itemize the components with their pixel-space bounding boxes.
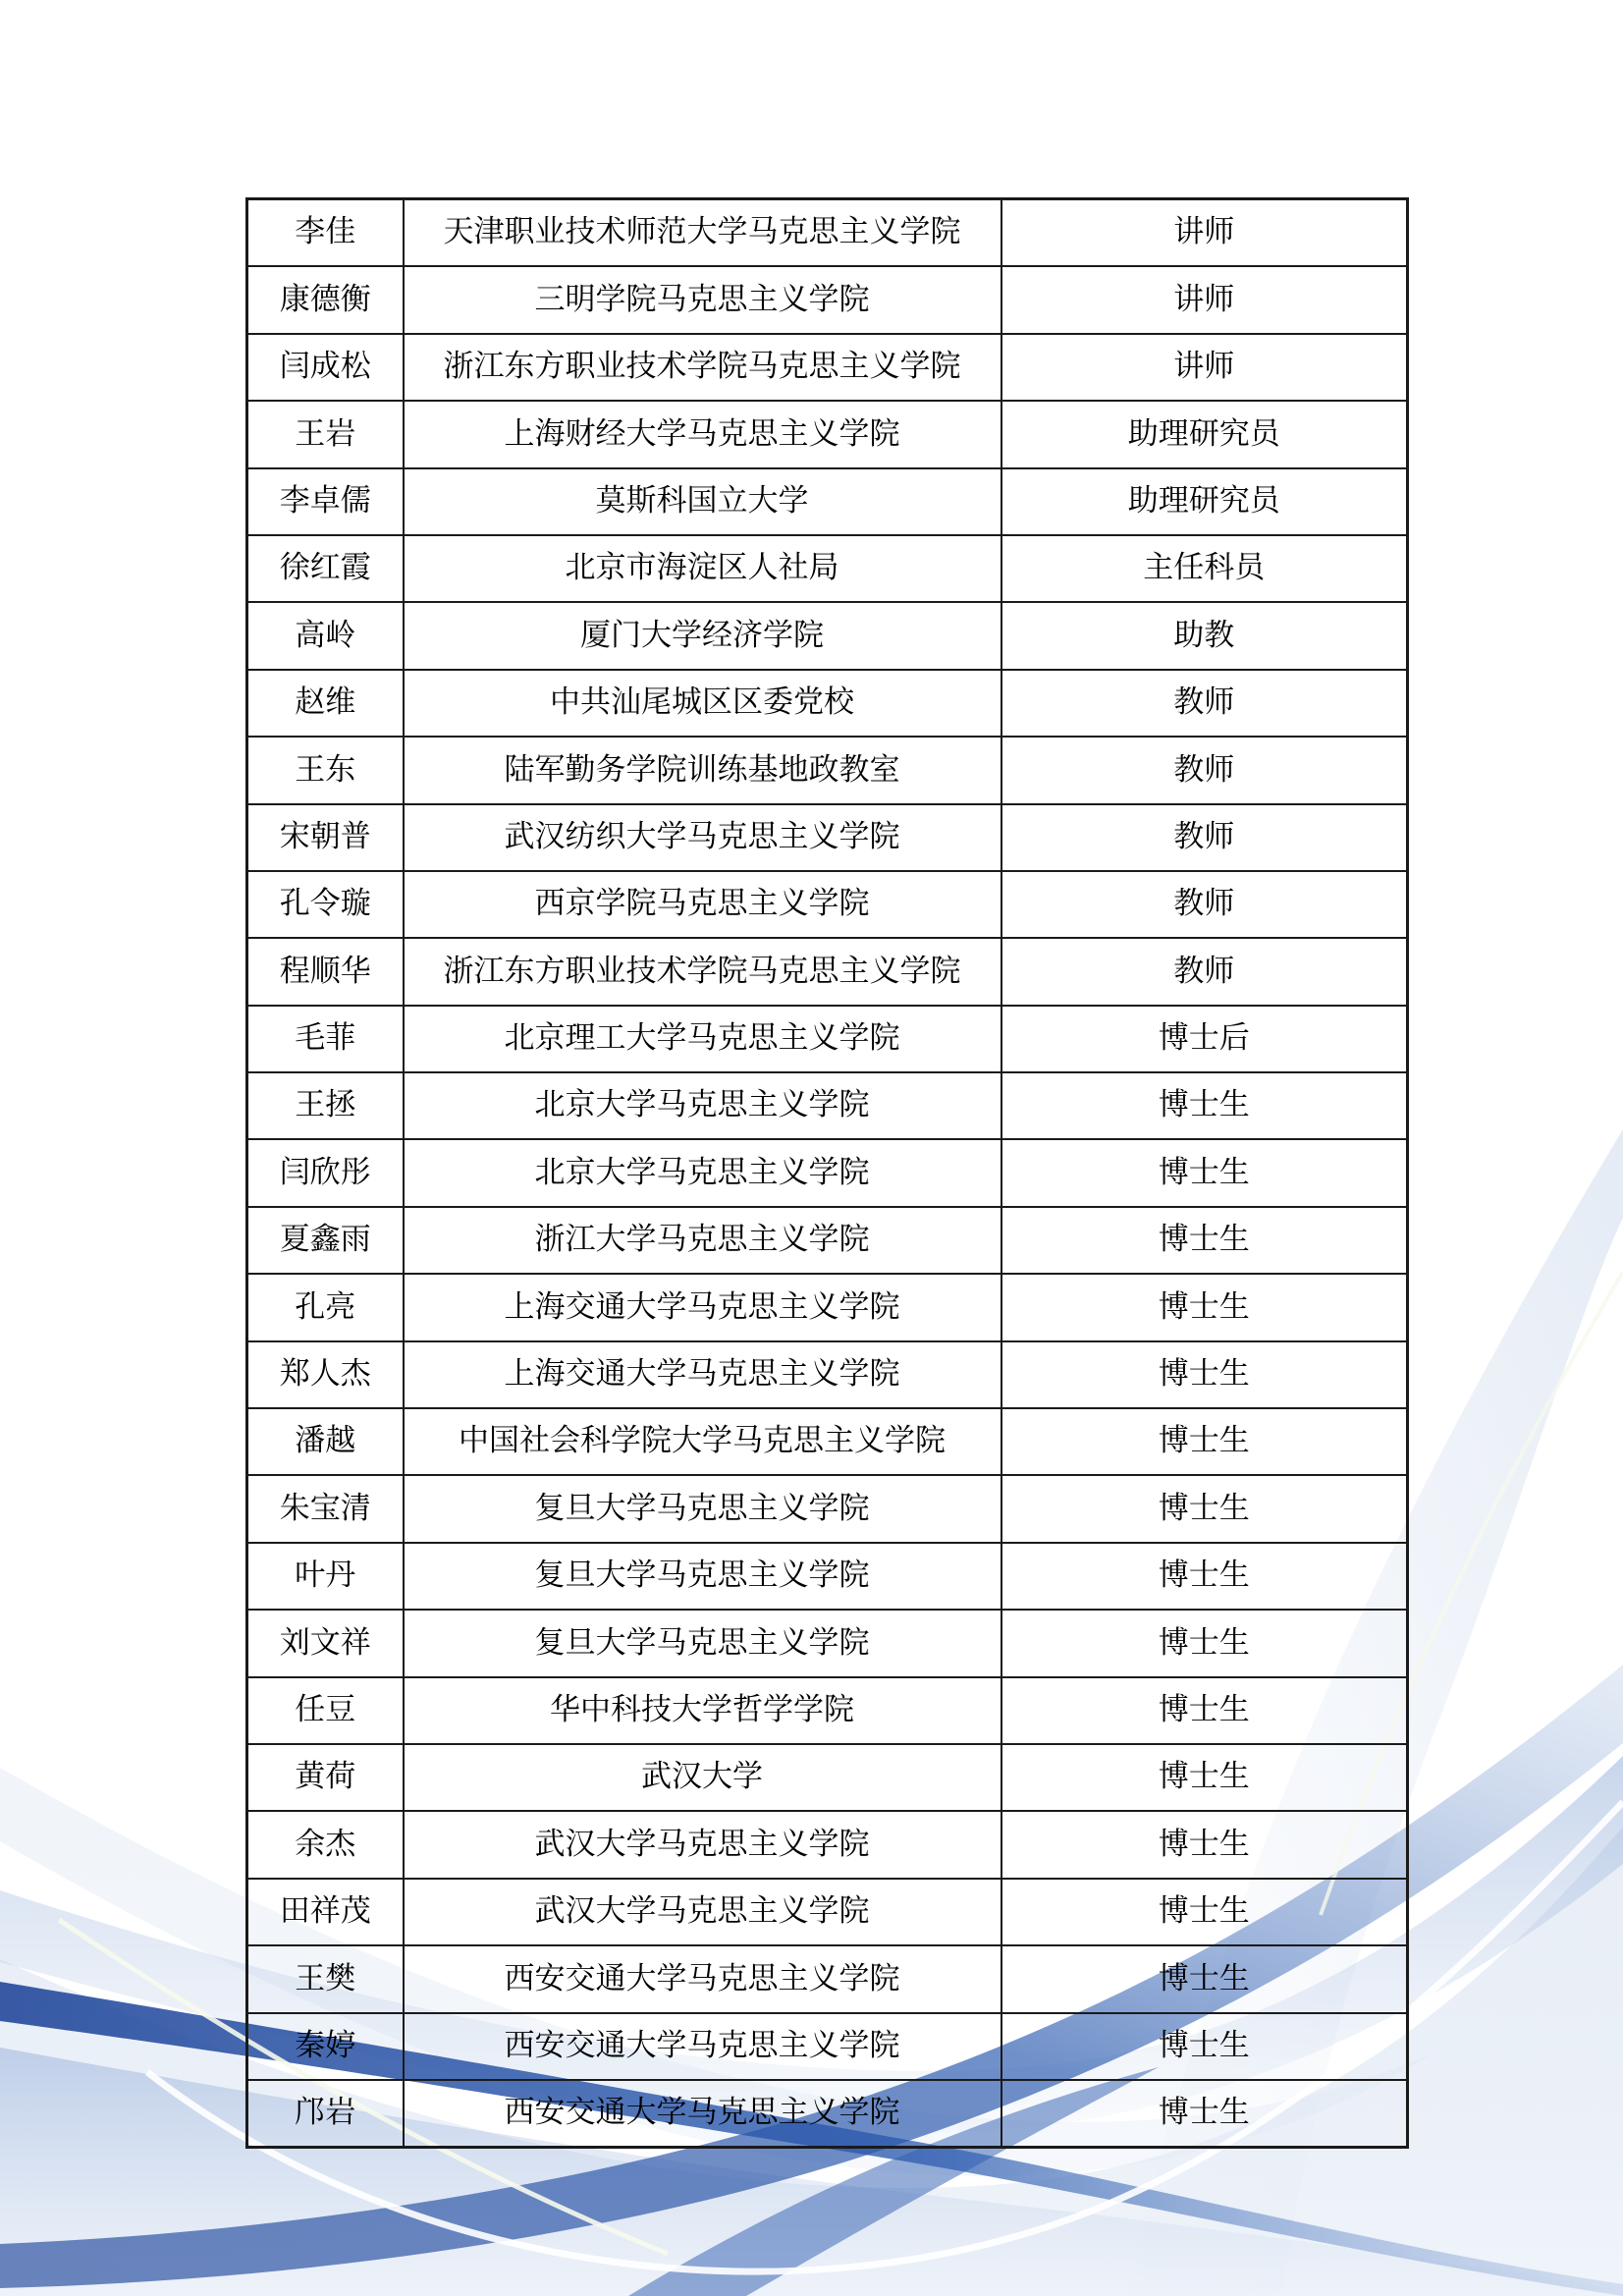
cell-name: 田祥茂	[247, 1879, 404, 1945]
table-row: 高岭厦门大学经济学院助教	[247, 602, 1408, 669]
cell-name: 宋朝普	[247, 804, 404, 871]
table-row: 李佳天津职业技术师范大学马克思主义学院讲师	[247, 199, 1408, 267]
table-row: 闫欣彤北京大学马克思主义学院博士生	[247, 1139, 1408, 1206]
cell-institution: 武汉大学	[404, 1744, 1001, 1811]
table-row: 毛菲北京理工大学马克思主义学院博士后	[247, 1006, 1408, 1072]
cell-institution: 复旦大学马克思主义学院	[404, 1475, 1001, 1542]
table-row: 徐红霞北京市海淀区人社局主任科员	[247, 535, 1408, 602]
cell-institution: 三明学院马克思主义学院	[404, 266, 1001, 333]
table-row: 王岩上海财经大学马克思主义学院助理研究员	[247, 401, 1408, 467]
cell-title: 助教	[1001, 602, 1408, 669]
table-row: 秦婷西安交通大学马克思主义学院博士生	[247, 2013, 1408, 2080]
cell-title: 博士生	[1001, 1139, 1408, 1206]
cell-institution: 中共汕尾城区区委党校	[404, 670, 1001, 737]
cell-name: 高岭	[247, 602, 404, 669]
cell-institution: 莫斯科国立大学	[404, 468, 1001, 535]
table-row: 闫成松浙江东方职业技术学院马克思主义学院讲师	[247, 334, 1408, 401]
table-row: 王东陆军勤务学院训练基地政教室教师	[247, 737, 1408, 803]
cell-title: 博士生	[1001, 1543, 1408, 1610]
cell-name: 孔亮	[247, 1274, 404, 1340]
cell-institution: 北京理工大学马克思主义学院	[404, 1006, 1001, 1072]
table-row: 朱宝清复旦大学马克思主义学院博士生	[247, 1475, 1408, 1542]
cell-title: 博士生	[1001, 1072, 1408, 1139]
cell-institution: 上海交通大学马克思主义学院	[404, 1274, 1001, 1340]
cell-title: 助理研究员	[1001, 468, 1408, 535]
cell-institution: 浙江东方职业技术学院马克思主义学院	[404, 334, 1001, 401]
cell-title: 博士后	[1001, 1006, 1408, 1072]
cell-name: 刘文祥	[247, 1610, 404, 1676]
cell-title: 教师	[1001, 670, 1408, 737]
cell-title: 教师	[1001, 871, 1408, 938]
cell-title: 博士生	[1001, 1408, 1408, 1475]
cell-title: 博士生	[1001, 2080, 1408, 2148]
cell-institution: 西安交通大学马克思主义学院	[404, 2013, 1001, 2080]
cell-title: 博士生	[1001, 1744, 1408, 1811]
table-row: 叶丹复旦大学马克思主义学院博士生	[247, 1543, 1408, 1610]
cell-name: 潘越	[247, 1408, 404, 1475]
cell-institution: 西安交通大学马克思主义学院	[404, 1945, 1001, 2012]
cell-name: 康德衡	[247, 266, 404, 333]
cell-name: 郑人杰	[247, 1341, 404, 1408]
cell-name: 王拯	[247, 1072, 404, 1139]
document-page: 李佳天津职业技术师范大学马克思主义学院讲师康德衡三明学院马克思主义学院讲师闫成松…	[0, 0, 1623, 2296]
table-row: 李卓儒莫斯科国立大学助理研究员	[247, 468, 1408, 535]
cell-institution: 北京大学马克思主义学院	[404, 1072, 1001, 1139]
cell-title: 教师	[1001, 938, 1408, 1005]
table-row: 孔亮上海交通大学马克思主义学院博士生	[247, 1274, 1408, 1340]
cell-name: 王樊	[247, 1945, 404, 2012]
table-row: 黄荷武汉大学博士生	[247, 1744, 1408, 1811]
cell-name: 孔令璇	[247, 871, 404, 938]
cell-institution: 北京大学马克思主义学院	[404, 1139, 1001, 1206]
cell-institution: 复旦大学马克思主义学院	[404, 1610, 1001, 1676]
cell-institution: 华中科技大学哲学学院	[404, 1677, 1001, 1744]
cell-institution: 北京市海淀区人社局	[404, 535, 1001, 602]
participants-table: 李佳天津职业技术师范大学马克思主义学院讲师康德衡三明学院马克思主义学院讲师闫成松…	[245, 197, 1409, 2149]
cell-title: 博士生	[1001, 1879, 1408, 1945]
cell-institution: 武汉纺织大学马克思主义学院	[404, 804, 1001, 871]
cell-title: 讲师	[1001, 199, 1408, 267]
cell-title: 教师	[1001, 804, 1408, 871]
cell-institution: 西京学院马克思主义学院	[404, 871, 1001, 938]
cell-institution: 中国社会科学院大学马克思主义学院	[404, 1408, 1001, 1475]
cell-name: 李卓儒	[247, 468, 404, 535]
cell-name: 邝岩	[247, 2080, 404, 2148]
cell-name: 赵维	[247, 670, 404, 737]
cell-name: 秦婷	[247, 2013, 404, 2080]
table-row: 田祥茂武汉大学马克思主义学院博士生	[247, 1879, 1408, 1945]
cell-title: 博士生	[1001, 1677, 1408, 1744]
cell-name: 毛菲	[247, 1006, 404, 1072]
cell-title: 博士生	[1001, 1811, 1408, 1878]
cell-title: 博士生	[1001, 1475, 1408, 1542]
table-row: 郑人杰上海交通大学马克思主义学院博士生	[247, 1341, 1408, 1408]
cell-name: 任豆	[247, 1677, 404, 1744]
cell-name: 叶丹	[247, 1543, 404, 1610]
cell-title: 博士生	[1001, 1341, 1408, 1408]
cell-name: 朱宝清	[247, 1475, 404, 1542]
cell-name: 王东	[247, 737, 404, 803]
cell-name: 夏鑫雨	[247, 1207, 404, 1274]
cell-institution: 复旦大学马克思主义学院	[404, 1543, 1001, 1610]
table-row: 宋朝普武汉纺织大学马克思主义学院教师	[247, 804, 1408, 871]
cell-institution: 西安交通大学马克思主义学院	[404, 2080, 1001, 2148]
cell-institution: 上海交通大学马克思主义学院	[404, 1341, 1001, 1408]
cell-title: 博士生	[1001, 1610, 1408, 1676]
table-container: 李佳天津职业技术师范大学马克思主义学院讲师康德衡三明学院马克思主义学院讲师闫成松…	[245, 197, 1406, 2149]
table-row: 潘越中国社会科学院大学马克思主义学院博士生	[247, 1408, 1408, 1475]
cell-name: 王岩	[247, 401, 404, 467]
cell-name: 闫欣彤	[247, 1139, 404, 1206]
cell-title: 博士生	[1001, 1274, 1408, 1340]
cell-institution: 陆军勤务学院训练基地政教室	[404, 737, 1001, 803]
cell-institution: 厦门大学经济学院	[404, 602, 1001, 669]
table-row: 刘文祥复旦大学马克思主义学院博士生	[247, 1610, 1408, 1676]
table-row: 康德衡三明学院马克思主义学院讲师	[247, 266, 1408, 333]
cell-title: 讲师	[1001, 266, 1408, 333]
cell-institution: 上海财经大学马克思主义学院	[404, 401, 1001, 467]
cell-title: 助理研究员	[1001, 401, 1408, 467]
table-row: 王樊西安交通大学马克思主义学院博士生	[247, 1945, 1408, 2012]
table-row: 夏鑫雨浙江大学马克思主义学院博士生	[247, 1207, 1408, 1274]
table-row: 任豆华中科技大学哲学学院博士生	[247, 1677, 1408, 1744]
cell-name: 余杰	[247, 1811, 404, 1878]
cell-name: 李佳	[247, 199, 404, 267]
cell-institution: 天津职业技术师范大学马克思主义学院	[404, 199, 1001, 267]
cell-name: 闫成松	[247, 334, 404, 401]
cell-name: 徐红霞	[247, 535, 404, 602]
table-row: 王拯北京大学马克思主义学院博士生	[247, 1072, 1408, 1139]
table-row: 孔令璇西京学院马克思主义学院教师	[247, 871, 1408, 938]
cell-institution: 武汉大学马克思主义学院	[404, 1879, 1001, 1945]
table-row: 程顺华浙江东方职业技术学院马克思主义学院教师	[247, 938, 1408, 1005]
cell-name: 程顺华	[247, 938, 404, 1005]
cell-title: 教师	[1001, 737, 1408, 803]
table-row: 赵维中共汕尾城区区委党校教师	[247, 670, 1408, 737]
cell-institution: 武汉大学马克思主义学院	[404, 1811, 1001, 1878]
cell-institution: 浙江大学马克思主义学院	[404, 1207, 1001, 1274]
cell-institution: 浙江东方职业技术学院马克思主义学院	[404, 938, 1001, 1005]
table-row: 邝岩西安交通大学马克思主义学院博士生	[247, 2080, 1408, 2148]
table-row: 余杰武汉大学马克思主义学院博士生	[247, 1811, 1408, 1878]
cell-title: 讲师	[1001, 334, 1408, 401]
cell-title: 博士生	[1001, 1207, 1408, 1274]
cell-title: 博士生	[1001, 1945, 1408, 2012]
cell-name: 黄荷	[247, 1744, 404, 1811]
cell-title: 博士生	[1001, 2013, 1408, 2080]
cell-title: 主任科员	[1001, 535, 1408, 602]
